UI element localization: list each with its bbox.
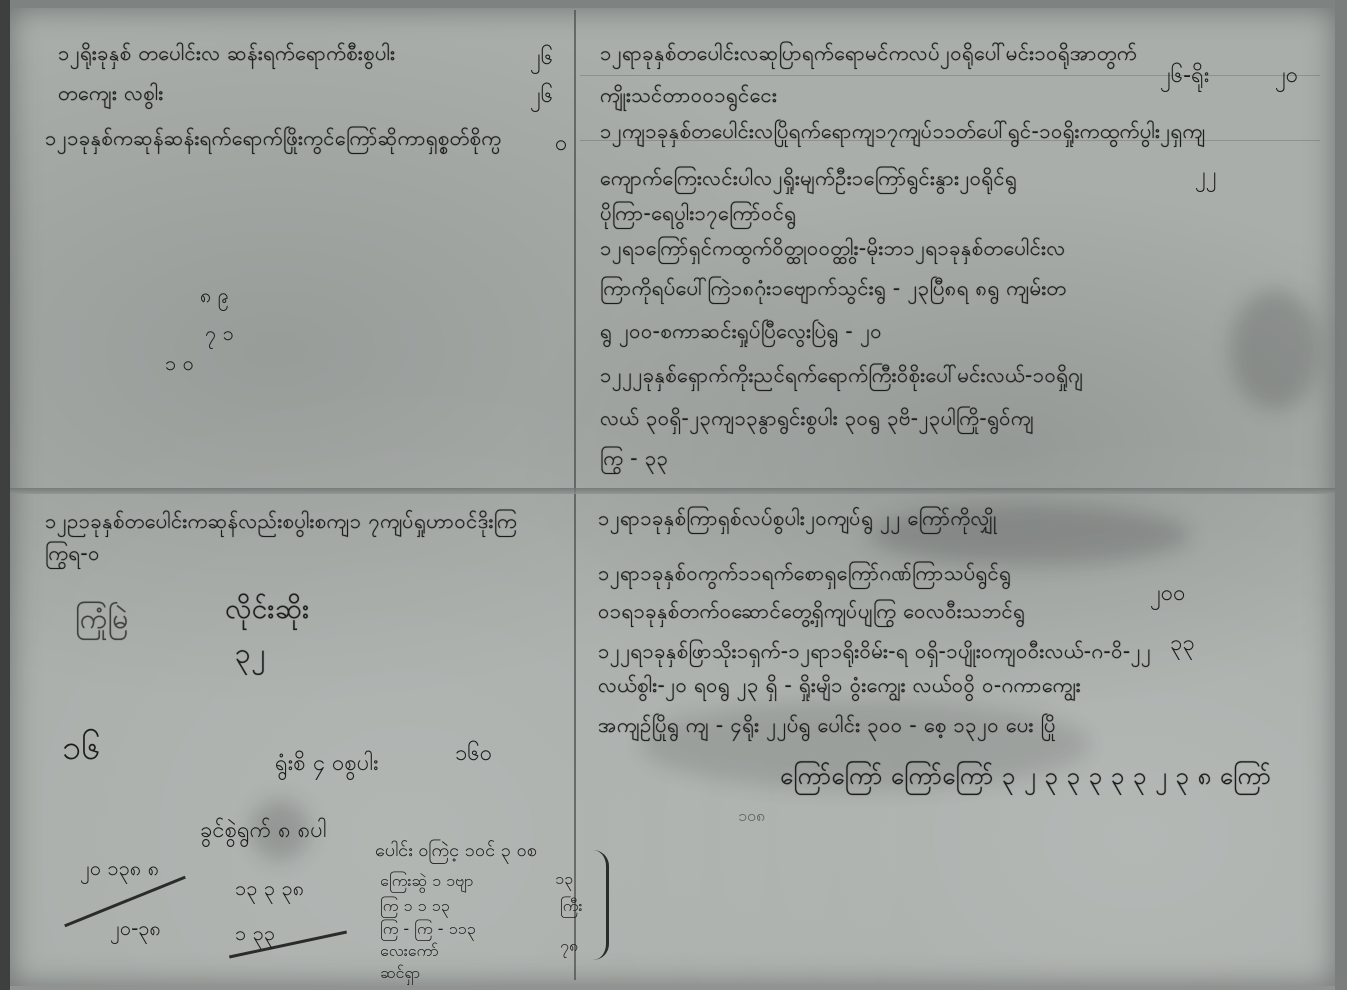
entry-line: ကြွရ-ဝ <box>45 540 100 570</box>
faint-mark: ၁၀၈ <box>738 805 765 829</box>
ink-smudge <box>1230 290 1320 410</box>
page-fold <box>10 488 1335 494</box>
entry-line: ဝ၁ရ၁ခုနှစ်တက်ဝဆောင်တွေ့ရှိကျပ်ပျကြွ ဝေလ၀… <box>598 598 1025 628</box>
list-item: ကြေးဆွဲ ၁ ၁ဗျာ <box>380 870 473 894</box>
entry-line: ၁၂ကျ၁ခုနှစ်တပေါင်းလပြိုရက်ရောကျ၁၇ကျပ်၁၁တ… <box>600 118 1206 148</box>
entry-line: တကျေး လစွါး <box>58 80 164 110</box>
page-marker: ၁၆ <box>62 725 100 776</box>
margin-number: ၃၃ <box>1170 628 1195 661</box>
entry-line: ရွ ၂၀၀-စကာဆင်းရှုပ်ပြီလွေးပြဲရွ - ၂၀ <box>600 318 882 348</box>
large-mark: ကြုံမြဲ <box>75 600 129 642</box>
entry-label: ရွံးစိ ၄ ၀စွပါး <box>275 748 379 781</box>
entry-line: ၁၂ရာ၁ခုနှစ်ဝကွက်၁၁ရက်စောရှကြော်ဂဏ်ကြာသပ်… <box>598 560 1011 590</box>
scan-left-edge <box>0 0 10 990</box>
margin-number: ၂၀ <box>1275 60 1298 93</box>
entry-line: ကျောက်ကြေးလင်းပါလ၂ရှိုးမျက်ဦး၁ကြော်ရွင်း… <box>600 165 1017 195</box>
entry-line: ပိုကြာ-ရေပွါး၁၇ကြော်ဝင်ရွ <box>600 200 796 230</box>
entry-line: ၁၂ဉ၁ခုနှစ်တပေါင်းကဆုန်လည်းစပွါးစကျ၁ ၇ကျပ… <box>45 508 517 538</box>
entry-line: ၁၂ရာခုနှစ်တပေါင်းလဆုပြာရက်ရောမင်ကလပ်၂၀ရိ… <box>600 40 1137 70</box>
margin-number: ၀ <box>555 128 567 161</box>
scan-right-edge <box>1335 0 1347 990</box>
scattered-mark: ၇ ၁ <box>205 320 234 350</box>
curly-brace <box>592 850 609 960</box>
large-mark: လိုင်းဆိုး <box>225 590 310 632</box>
entry-line: ၁၂ရ၁ကြော်ရှင်ကထွက်ဝိတ္ထုဝ၀တ္ထွါး-မိုးဘ၁၂… <box>600 235 1066 265</box>
entry-line: ကြာကိုရပ်ပေါ်ကြဲ၁၈ဂုံး၁ဗျောက်သွင်းရွ - ၂… <box>600 275 1067 305</box>
bracket-item: ၁၃ <box>555 868 573 892</box>
entry-line: ၁၂ရာ၁ခုနှစ်ကြာရှစ်လပ်စွပါး၂၀ကျပ်ရွ ၂၂ ကြ… <box>598 505 997 535</box>
entry-line: လယ် ၃၀ရှိ-၂၃ကျ၁၃နွာရွင်းစွပါး ၃ဝရွ ၃ဗိ-၂… <box>600 405 1034 435</box>
signature-line: ကြော်ကြော် ကြော်ကြော် ၃ ၂ ၃ ၃ ၃ ၃ ၃ ၂ ၃ … <box>780 760 1271 796</box>
margin-number: ၂၆ <box>530 80 553 113</box>
calc-line: ၁ ၃၃ <box>235 920 275 950</box>
margin-number: ၂၀၀ <box>1150 578 1186 611</box>
entry-line: ကျိုးသင်တာ၀၀၁ရွင်ငေး <box>600 82 777 112</box>
entry-line: လယ်စွါး-၂၀ ရ၀ရွ ၂၃ ရှိ - ရှိုးမျိ၁ ၀ွံးက… <box>598 672 1081 702</box>
margin-number: ၂၆ <box>530 42 553 75</box>
list-item: ကြ - ကြ - ၁၁၃ <box>380 918 476 942</box>
large-mark: ၃၂ <box>235 635 266 677</box>
entry-line: ၁၂ရိုးခုနှစ် တပေါင်းလ ဆန်းရက်ရောက်စီးစွပ… <box>58 40 395 70</box>
calc-line: ၁၃ ၃ ၃၈ <box>235 875 304 905</box>
scan-top-edge <box>0 0 1347 8</box>
entry-line: ကြွ - ၃၃ <box>600 445 668 475</box>
list-item: ဆင်ရှာ <box>380 962 420 986</box>
margin-number: ၂၂ <box>1195 160 1217 193</box>
bracket-item: ၇၈ <box>560 935 578 959</box>
bracket-item: ကြီး <box>560 895 582 919</box>
scattered-mark: ၈ ၉ <box>200 282 229 312</box>
margin-number: ၂၆-ရိုး <box>1160 60 1209 93</box>
entry-value: ၁၆၀ <box>455 738 492 771</box>
entry-line: အကျဉ်ပြိုရွ ကျ - ၄ရိုး ၂၂ပ်ရွ ပေါင်း ၃၀၀… <box>598 712 1056 742</box>
entry-label: ခွင်စွဲရွက် ၈ ၈ပါ <box>200 815 327 848</box>
column-divider <box>574 10 576 980</box>
entry-line: ၁၂၁ခုနှစ်ကဆုန်ဆန်းရက်ရောက်ဖြိုးကွင်ကြော်… <box>45 125 501 155</box>
fraction-numerator: ၂၀ ၁၃၈ ၈ <box>80 855 159 885</box>
scattered-mark: ၁ ၀ <box>165 350 194 380</box>
list-item: လေးကော် <box>380 940 439 964</box>
entry-line: ၁၂၂၂ခုနှစ်ရှောက်ကိုးညင်ရက်ရောက်ကြီး၀ိစို… <box>600 362 1083 392</box>
fraction-denominator: ၂၀-၃၈ <box>110 915 161 945</box>
entry-line: ၁၂၂ရ၁ခုနှစ်ဖြာသိုး၁ရှက်-၁၂ရာ၁ရိုး၀ိမ်း-ရ… <box>598 638 1151 668</box>
entry-note: ပေါင်း ဝကြဲင့ ၁ဝင် ၃ ၀စ <box>375 838 537 865</box>
list-item: ကြ ၁ ၁ ၁၃ <box>380 895 450 919</box>
